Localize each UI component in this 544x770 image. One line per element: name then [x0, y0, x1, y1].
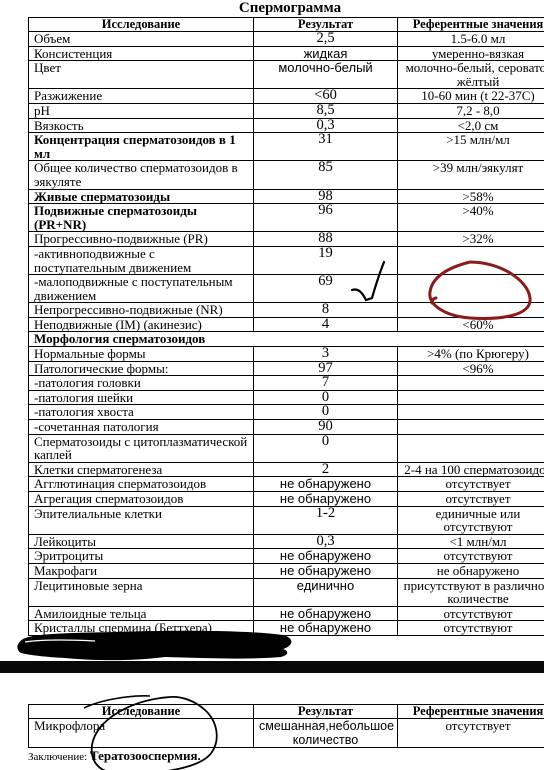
row-result: не обнаружено — [254, 563, 398, 578]
table-row: -патология хвоста0 — [29, 405, 544, 420]
row-name: Нормальные формы — [29, 347, 254, 362]
table-row: Консистенцияжидкаяумеренно-вязкая — [29, 46, 544, 61]
row-result: 90 — [254, 420, 398, 435]
row-reference — [398, 246, 544, 274]
table-row: Макрофагине обнаруженоне обнаружено — [29, 563, 544, 578]
row-name: Общее количество сперматозоидов в эякуля… — [29, 161, 254, 189]
row-result: 4 — [254, 317, 398, 332]
table-row: Объем2,51.5-6.0 мл — [29, 32, 544, 47]
table-row: Агглютинация сперматозоидовне обнаружено… — [29, 477, 544, 492]
document-title: Спермограмма — [0, 0, 544, 17]
row-name: Сперматозоиды с цитоплазматической капле… — [29, 434, 254, 462]
row-reference: >32% — [398, 232, 544, 247]
row-reference: <2,0 см — [398, 118, 544, 133]
conclusion-label: Заключение: — [28, 751, 87, 763]
row-reference: отсутствуют — [398, 621, 544, 636]
row-result: смешанная,небольшое количество — [254, 719, 398, 748]
table-row: Общее количество сперматозоидов в эякуля… — [29, 161, 544, 189]
table-row: Сперматозоиды с цитоплазматической капле… — [29, 434, 544, 462]
row-name: Эритроциты — [29, 549, 254, 564]
row-reference: <60% — [398, 317, 544, 332]
row-name: Подвижные сперматозоиды (PR+NR) — [29, 204, 254, 232]
conclusion-value: Тератозооспермия. — [90, 748, 201, 763]
row-reference: присутствуют в различном количестве — [398, 578, 544, 606]
row-name: Эпителиальные клетки — [29, 506, 254, 534]
table-row: Патологические формы:97<96% — [29, 361, 544, 376]
row-name: -малоподвижные с поступательным движение… — [29, 275, 254, 303]
table-row: -сочетанная патология90 — [29, 420, 544, 435]
row-name: Разжижение — [29, 89, 254, 104]
row-reference: отсутствуют — [398, 549, 544, 564]
row-result: 19 — [254, 246, 398, 274]
row-result: 2 — [254, 462, 398, 477]
row-name: -сочетанная патология — [29, 420, 254, 435]
row-result: молочно-белый — [254, 61, 398, 89]
row-reference: отсутствует — [398, 477, 544, 492]
row-reference: отсутствует — [398, 719, 544, 748]
header-reference: Референтные значения — [398, 18, 544, 32]
table-row: Лецитиновые зернаединичноприсутствуют в … — [29, 578, 544, 606]
table-row: -патология головки7 — [29, 376, 544, 391]
row-result: не обнаружено — [254, 477, 398, 492]
row-reference: 10-60 мин (t 22-37С) — [398, 89, 544, 104]
table-row: Цветмолочно-белыймолочно-белый, серовато… — [29, 61, 544, 89]
page-separator-bar — [0, 661, 544, 673]
table-row: Неподвижные (IM) (акинезис)4<60% — [29, 317, 544, 332]
row-name: Неподвижные (IM) (акинезис) — [29, 317, 254, 332]
row-name: Объем — [29, 32, 254, 47]
row-reference — [398, 376, 544, 391]
header-reference: Референтные значения — [398, 705, 544, 719]
row-name: Амилоидные тельца — [29, 606, 254, 621]
row-result: 85 — [254, 161, 398, 189]
row-name: Микрофлора — [29, 719, 254, 748]
row-name: Непрогрессивно-подвижные (NR) — [29, 303, 254, 318]
row-name: Прогрессивно-подвижные (PR) — [29, 232, 254, 247]
row-result: 3 — [254, 347, 398, 362]
microflora-table: Исследование Результат Референтные значе… — [28, 704, 544, 748]
table-row: pH8,57,2 - 8,0 — [29, 103, 544, 118]
row-reference: <96% — [398, 361, 544, 376]
row-reference: отсутствуют — [398, 606, 544, 621]
row-result: не обнаружено — [254, 606, 398, 621]
table-row: -активноподвижные с поступательным движе… — [29, 246, 544, 274]
table-row: Живые сперматозоиды98>58% — [29, 189, 544, 204]
table-row: Разжижение<6010-60 мин (t 22-37С) — [29, 89, 544, 104]
row-name: Лецитиновые зерна — [29, 578, 254, 606]
table-row: Эпителиальные клетки1-2единичные или отс… — [29, 506, 544, 534]
table-row: Агрегация сперматозоидовне обнаруженоотс… — [29, 492, 544, 507]
table-row: -малоподвижные с поступательным движение… — [29, 275, 544, 303]
table-row: Непрогрессивно-подвижные (NR)8 — [29, 303, 544, 318]
row-result: 2,5 — [254, 32, 398, 47]
row-reference: отсутствует — [398, 492, 544, 507]
row-name: Концентрация сперматозоидов в 1 мл — [29, 133, 254, 161]
row-reference — [398, 405, 544, 420]
row-name: Патологические формы: — [29, 361, 254, 376]
row-result: 8,5 — [254, 103, 398, 118]
row-result: не обнаружено — [254, 492, 398, 507]
row-name: Макрофаги — [29, 563, 254, 578]
table-row: Лейкоциты0,3<1 млн/мл — [29, 534, 544, 549]
row-reference: умеренно-вязкая — [398, 46, 544, 61]
row-reference: >4% (по Крюгеру) — [398, 347, 544, 362]
table-row: Подвижные сперматозоиды (PR+NR)96>40% — [29, 204, 544, 232]
row-reference — [398, 275, 544, 303]
row-name: -патология головки — [29, 376, 254, 391]
table-row: Вязкость0,3<2,0 см — [29, 118, 544, 133]
row-name: Живые сперматозоиды — [29, 189, 254, 204]
section-title: Морфология сперматозоидов — [29, 332, 544, 347]
row-name: Цвет — [29, 61, 254, 89]
row-result: 31 — [254, 133, 398, 161]
row-reference — [398, 420, 544, 435]
row-result: 0,3 — [254, 534, 398, 549]
row-reference: <1 млн/мл — [398, 534, 544, 549]
header-result: Результат — [254, 705, 398, 719]
table-header-row: Исследование Результат Референтные значе… — [29, 705, 544, 719]
table-row: Прогрессивно-подвижные (PR)88>32% — [29, 232, 544, 247]
row-result: 0 — [254, 434, 398, 462]
row-name: -активноподвижные с поступательным движе… — [29, 246, 254, 274]
table-row: Микрофлора смешанная,небольшое количеств… — [29, 719, 544, 748]
header-study: Исследование — [29, 705, 254, 719]
row-reference: 2-4 на 100 сперматозоидов — [398, 462, 544, 477]
row-name: Консистенция — [29, 46, 254, 61]
spermogram-table: Исследование Результат Референтные значе… — [28, 17, 544, 636]
row-result: жидкая — [254, 46, 398, 61]
row-reference: >58% — [398, 189, 544, 204]
row-reference: единичные или отсутствуют — [398, 506, 544, 534]
header-study: Исследование — [29, 18, 254, 32]
table-row: Клетки сперматогенеза22-4 на 100 спермат… — [29, 462, 544, 477]
table-row: Амилоидные тельцане обнаруженоотсутствую… — [29, 606, 544, 621]
table-row: Эритроцитыне обнаруженоотсутствуют — [29, 549, 544, 564]
row-name: Агрегация сперматозоидов — [29, 492, 254, 507]
table-row: -патология шейки0 — [29, 390, 544, 405]
row-reference — [398, 390, 544, 405]
row-result: не обнаружено — [254, 549, 398, 564]
row-reference: >39 млн/эякулят — [398, 161, 544, 189]
row-reference: 1.5-6.0 мл — [398, 32, 544, 47]
row-name: -патология хвоста — [29, 405, 254, 420]
row-result: 96 — [254, 204, 398, 232]
row-reference: не обнаружено — [398, 563, 544, 578]
row-name: pH — [29, 103, 254, 118]
row-name: -патология шейки — [29, 390, 254, 405]
row-reference: молочно-белый, серовато-жёлтый — [398, 61, 544, 89]
row-name: Агглютинация сперматозоидов — [29, 477, 254, 492]
table-header-row: Исследование Результат Референтные значе… — [29, 18, 544, 32]
row-result: 69 — [254, 275, 398, 303]
table-row: Нормальные формы3>4% (по Крюгеру) — [29, 347, 544, 362]
row-reference: >40% — [398, 204, 544, 232]
table-row: Концентрация сперматозоидов в 1 мл31>15 … — [29, 133, 544, 161]
row-result: единично — [254, 578, 398, 606]
row-reference: >15 млн/мл — [398, 133, 544, 161]
row-reference — [398, 303, 544, 318]
row-name: Клетки сперматогенеза — [29, 462, 254, 477]
row-reference: 7,2 - 8,0 — [398, 103, 544, 118]
row-result: 1-2 — [254, 506, 398, 534]
section-row: Морфология сперматозоидов — [29, 332, 544, 347]
redaction-scribble — [15, 627, 295, 662]
row-name: Лейкоциты — [29, 534, 254, 549]
row-reference — [398, 434, 544, 462]
conclusion: Заключение: Тератозооспермия. — [28, 748, 201, 764]
row-name: Вязкость — [29, 118, 254, 133]
